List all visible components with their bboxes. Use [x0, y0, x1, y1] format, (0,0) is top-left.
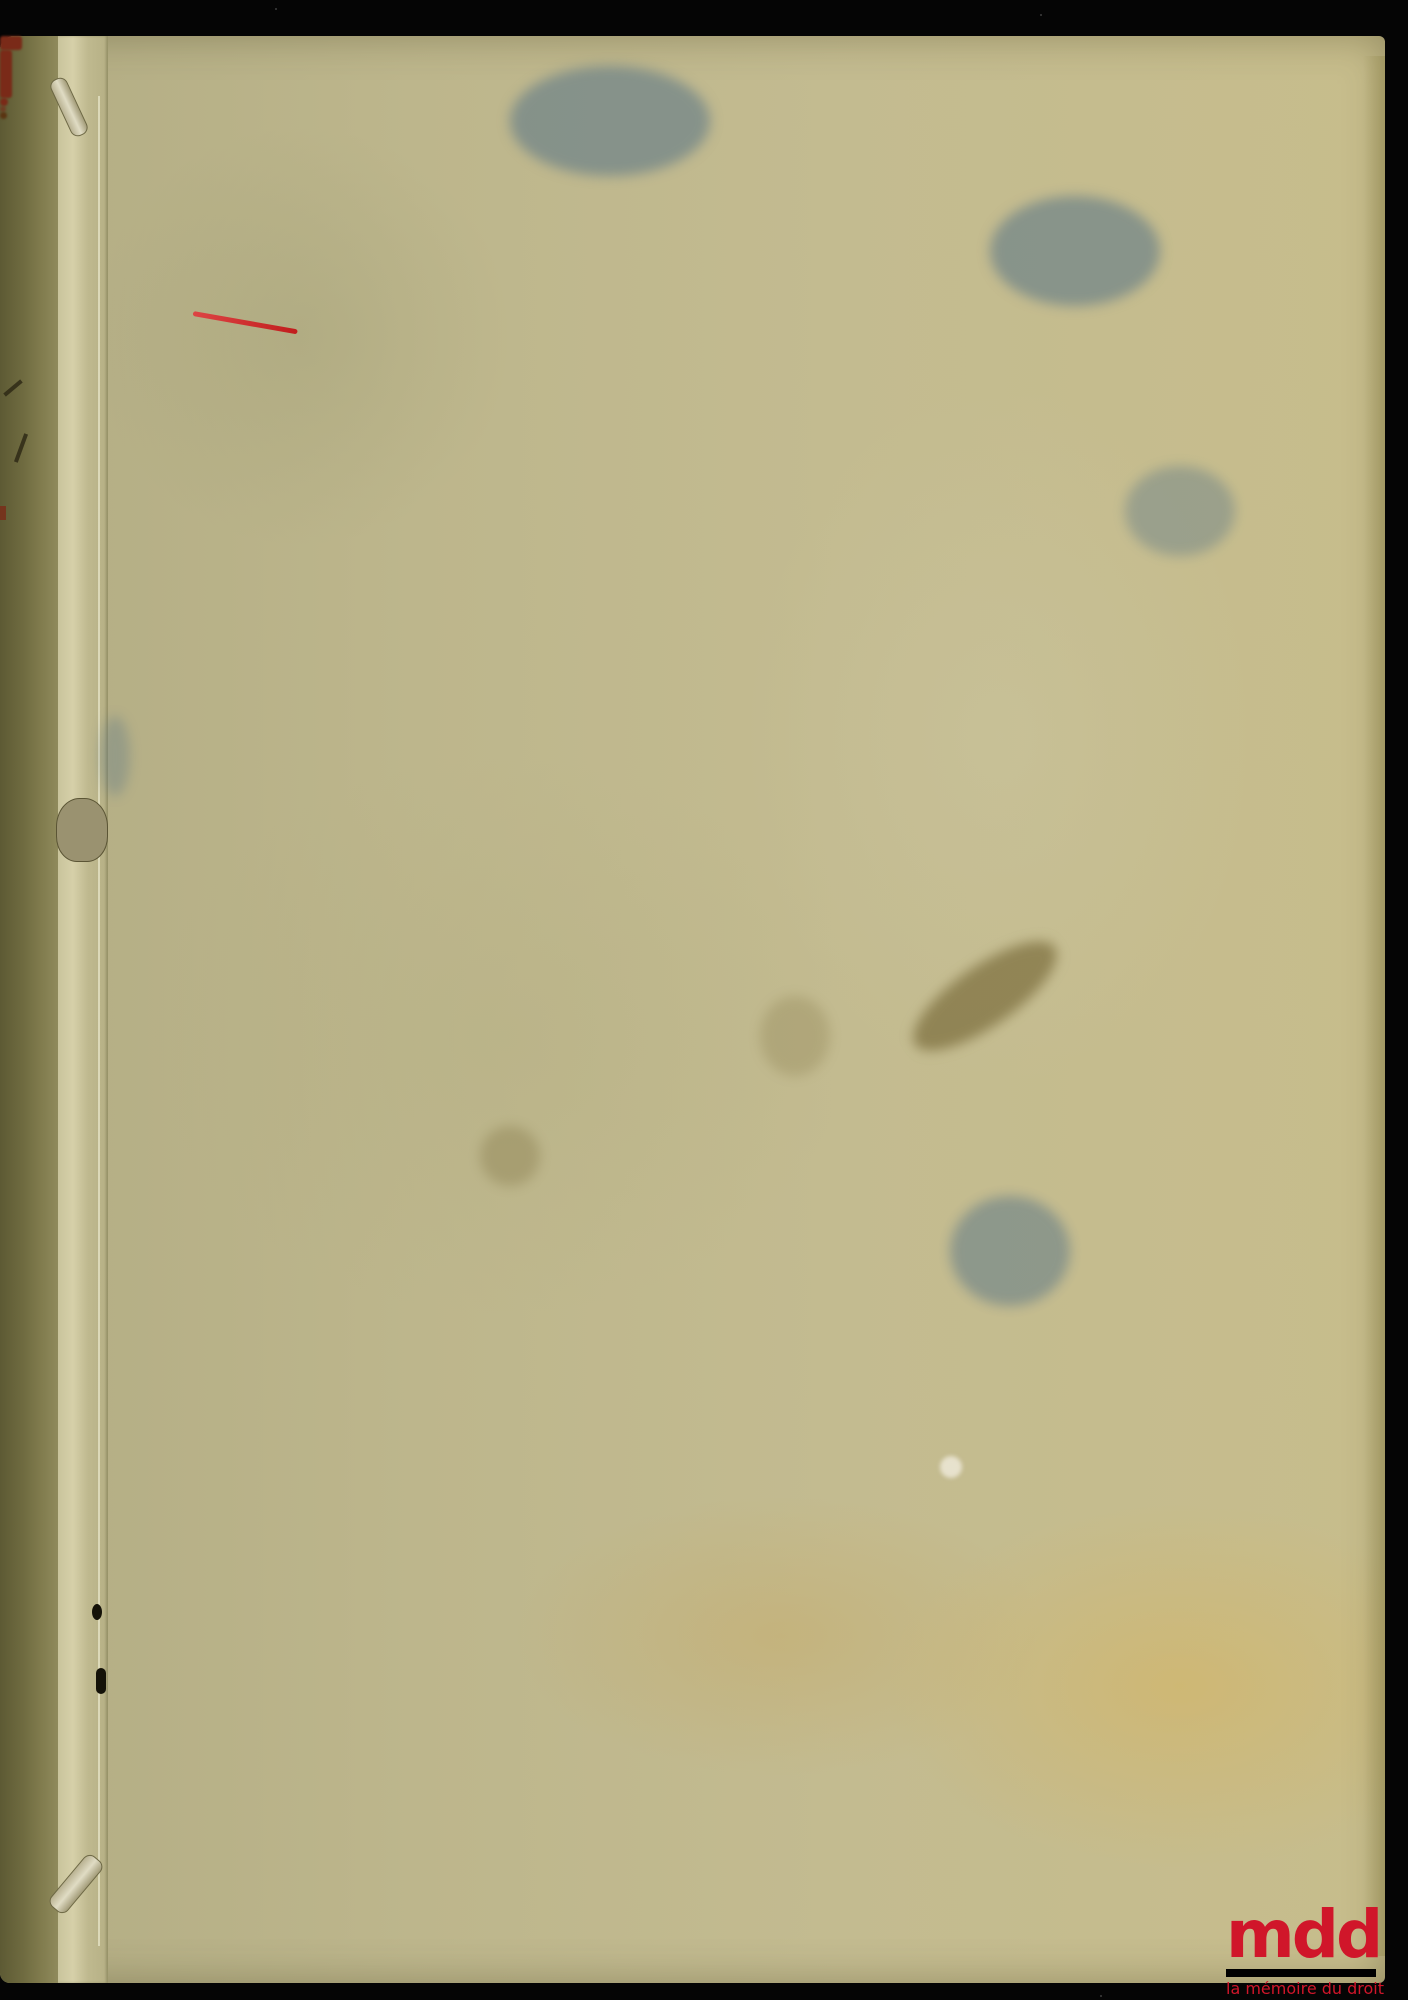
blue-stain	[1125, 466, 1235, 556]
dust-speck	[1040, 14, 1042, 16]
red-ink-mark	[193, 311, 298, 334]
leather-tear	[56, 798, 108, 862]
lace-hole	[92, 1604, 102, 1620]
rust-mark	[0, 50, 12, 98]
blue-stain	[510, 66, 710, 176]
rust-spot	[0, 98, 8, 106]
white-spot	[940, 1456, 962, 1478]
blue-stain	[950, 1196, 1070, 1306]
logo-tagline: la mémoire du droit	[1214, 1979, 1400, 1998]
dust-speck	[275, 8, 277, 10]
brown-stain	[760, 996, 830, 1076]
publisher-logo: mdd la mémoire du droit	[1214, 1905, 1400, 1998]
blue-stain	[990, 196, 1160, 306]
fore-edge-shadow	[1363, 56, 1385, 1956]
rust-spot	[0, 112, 7, 119]
book-cover	[0, 36, 1385, 1983]
brown-stain	[480, 1126, 540, 1186]
blue-stain	[100, 716, 130, 796]
dust-speck	[1100, 1995, 1102, 1997]
book-spine	[0, 36, 58, 1983]
lace-hole	[96, 1668, 106, 1694]
logo-mark: mdd	[1214, 1905, 1400, 1965]
rust-mark	[0, 36, 22, 50]
brown-stain	[898, 923, 1072, 1070]
spine-red-fragment	[0, 506, 6, 520]
spine-lettering-fragment	[14, 433, 28, 463]
spine-lettering-fragment	[3, 379, 22, 396]
